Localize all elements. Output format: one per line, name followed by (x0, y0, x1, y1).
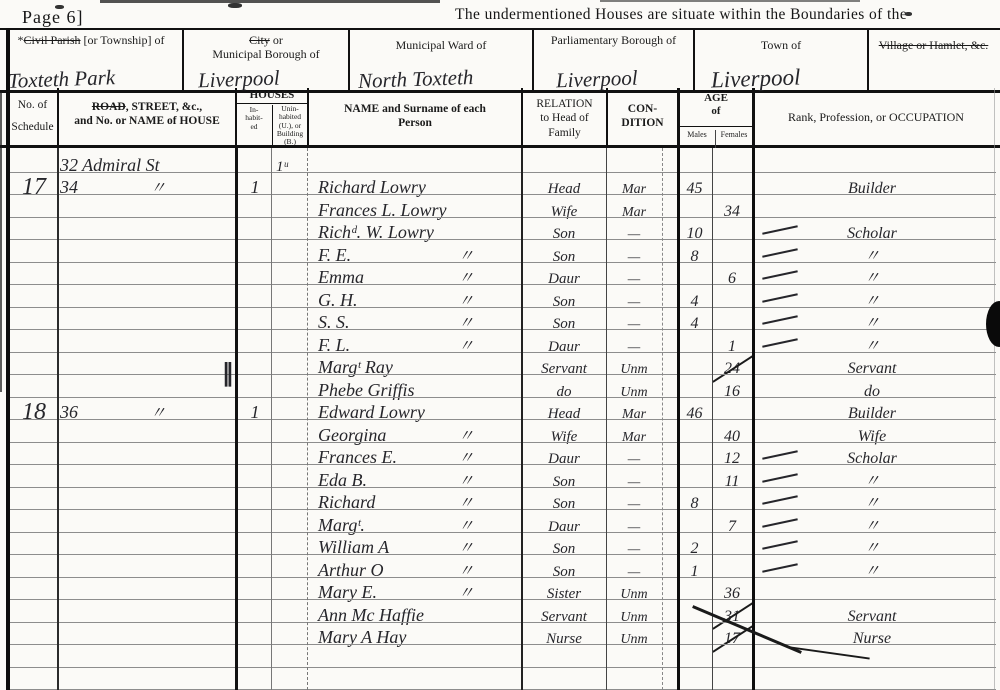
column-divider (307, 148, 308, 690)
table-row: Frances E.〃Daur—12Scholar (0, 443, 1000, 466)
column-divider (606, 148, 607, 690)
table-row: William A〃Son—2〃 (0, 533, 1000, 556)
table-row: 32 Admiral St1ᵘ (0, 150, 1000, 173)
table-row: 1734〃1Richard LowryHeadMar45Builder (0, 173, 1000, 196)
scan-artifact (100, 0, 440, 3)
scan-speck (55, 5, 64, 9)
table-row: F. E.〃Son—8〃 (0, 240, 1000, 263)
table-row: ∥Phebe GriffisdoUnm16do (0, 375, 1000, 398)
table-row: S. S.〃Son—4〃 (0, 308, 1000, 331)
column-divider (235, 148, 238, 690)
table-row: Margᵗ RayServantUnm24Servant (0, 353, 1000, 376)
table-row (0, 668, 1000, 690)
scan-speck (228, 3, 242, 8)
table-right-border (994, 88, 995, 690)
column-divider (521, 148, 523, 690)
table-row: G. H.〃Son—4〃 (0, 285, 1000, 308)
column-divider (271, 148, 272, 690)
scan-speck (905, 12, 912, 16)
census-page-scan: Page 6] The undermentioned Houses are si… (0, 0, 1000, 690)
table-row: 1836〃1Edward LowryHeadMar46Builder (0, 398, 1000, 421)
column-divider (662, 148, 663, 690)
table-row: Margᵗ.〃Daur—7〃 (0, 510, 1000, 533)
table-row: Richard〃Son—8〃 (0, 488, 1000, 511)
table-row: Georgina〃WifeMar40Wife (0, 420, 1000, 443)
column-divider (677, 148, 680, 690)
enumeration-table: 32 Admiral St1ᵘ1734〃1Richard LowryHeadMa… (0, 0, 1000, 690)
column-divider (57, 148, 59, 690)
scan-artifact (0, 92, 2, 392)
column-divider (752, 148, 755, 690)
cell-tally-mark: ∥ (222, 359, 234, 388)
table-row: Ann Mc HaffieServantUnm31Servant (0, 600, 1000, 623)
table-left-border (6, 28, 10, 690)
table-row: Mary A HayNurseUnm17Nurse (0, 623, 1000, 646)
scan-artifact (600, 0, 860, 2)
table-row: Mary E.〃SisterUnm36 (0, 578, 1000, 601)
table-row: Richᵈ. W. LowrySon—10Scholar (0, 218, 1000, 241)
table-row: Arthur O〃Son—1〃 (0, 555, 1000, 578)
table-row: Emma〃Daur—6〃 (0, 263, 1000, 286)
column-divider (712, 148, 713, 690)
table-row: Frances L. LowryWifeMar34 (0, 195, 1000, 218)
table-row: F. L.〃Daur—1〃 (0, 330, 1000, 353)
table-row: Eda B.〃Son—11〃 (0, 465, 1000, 488)
